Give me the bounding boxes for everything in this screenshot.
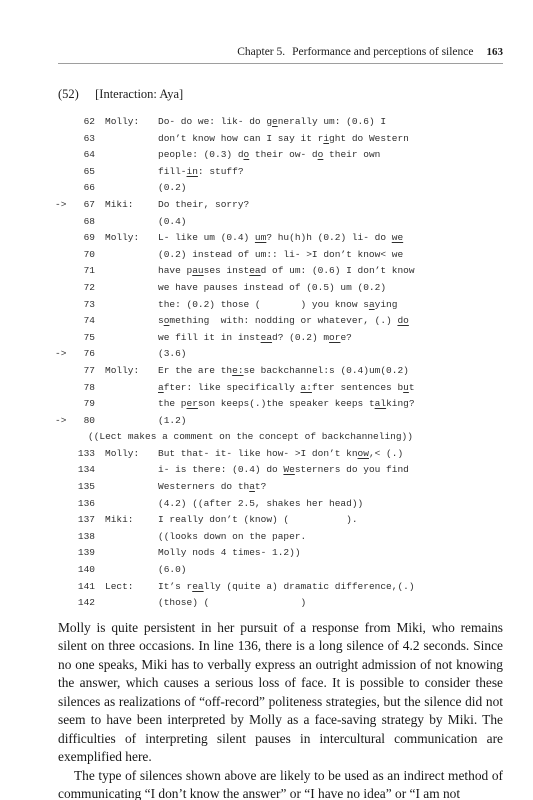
arrow-marker [55,263,72,280]
utterance-text: after: like specifically a:fter sentence… [158,380,503,397]
arrow-marker [55,595,72,612]
transcript-line: 77Molly:Er the are the:se backchannel:s … [55,363,503,380]
line-number: 75 [72,330,95,347]
speaker-label [105,479,158,496]
speaker-label [105,545,158,562]
line-number: 135 [72,479,95,496]
line-number: 64 [72,147,95,164]
utterance-text: the: (0.2) those ( ) you know saying [158,297,503,314]
line-number: 70 [72,247,95,264]
utterance-text: (those) ( ) [158,595,503,612]
arrow-marker: -> [55,413,72,430]
line-number: 72 [72,280,95,297]
speaker-label [105,380,158,397]
arrow-marker [55,147,72,164]
transcript-line: 69Molly:L- like um (0.4) um? hu(h)h (0.2… [55,230,503,247]
line-number: 79 [72,396,95,413]
arrow-marker [55,579,72,596]
arrow-marker [55,131,72,148]
line-number: 67 [72,197,95,214]
line-number: 139 [72,545,95,562]
speaker-label [105,263,158,280]
transcript: 62Molly:Do- do we: lik- do generally um:… [55,114,503,612]
nonverbal-comment: ((Lect makes a comment on the concept of… [88,429,413,446]
line-number: 141 [72,579,95,596]
line-number: 134 [72,462,95,479]
line-number: 77 [72,363,95,380]
transcript-line: 63don’t know how can I say it right do W… [55,131,503,148]
line-number: 66 [72,180,95,197]
utterance-text: I really don’t (know) ( ). [158,512,503,529]
transcript-line: 62Molly:Do- do we: lik- do generally um:… [55,114,503,131]
line-number: 138 [72,529,95,546]
speaker-label [105,595,158,612]
transcript-line: 71have pauses instead of um: (0.6) I don… [55,263,503,280]
header-divider [58,63,503,64]
transcript-line: 133Molly:But that- it- like how- >I don’… [55,446,503,463]
transcript-line: 139Molly nods 4 times- 1.2)) [55,545,503,562]
arrow-marker: -> [55,197,72,214]
utterance-text: Do their, sorry? [158,197,503,214]
line-number: 140 [72,562,95,579]
body-text: Molly is quite persistent in her pursuit… [58,619,503,800]
utterance-text: (1.2) [158,413,503,430]
arrow-marker [55,313,72,330]
transcript-line: 137Miki:I really don’t (know) ( ). [55,512,503,529]
arrow-marker [55,280,72,297]
transcript-line: 138((looks down on the paper. [55,529,503,546]
utterance-text: we fill it in instead? (0.2) more? [158,330,503,347]
arrow-marker [55,446,72,463]
utterance-text: ((looks down on the paper. [158,529,503,546]
speaker-label [105,346,158,363]
utterance-text: Do- do we: lik- do generally um: (0.6) I [158,114,503,131]
utterance-text: we have pauses instead of (0.5) um (0.2) [158,280,503,297]
arrow-marker [55,180,72,197]
utterance-text: Westerners do that? [158,479,503,496]
line-number: 62 [72,114,95,131]
speaker-label: Molly: [105,230,158,247]
speaker-label: Miki: [105,512,158,529]
utterance-text: (4.2) ((after 2.5, shakes her head)) [158,496,503,513]
speaker-label [105,396,158,413]
arrow-marker [55,164,72,181]
transcript-line: 70(0.2) instead of um:: li- >I don’t kno… [55,247,503,264]
line-number: 65 [72,164,95,181]
transcript-line: 136(4.2) ((after 2.5, shakes her head)) [55,496,503,513]
transcript-line: 65fill-in: stuff? [55,164,503,181]
speaker-label: Miki: [105,197,158,214]
arrow-marker [55,545,72,562]
speaker-label: Lect: [105,579,158,596]
arrow-marker [55,214,72,231]
line-number: 71 [72,263,95,280]
speaker-label [105,413,158,430]
arrow-marker [55,247,72,264]
arrow-marker [55,380,72,397]
line-number: 76 [72,346,95,363]
transcript-line: 64people: (0.3) do their ow- do their ow… [55,147,503,164]
transcript-line: 74something with: nodding or whatever, (… [55,313,503,330]
utterance-text: (0.2) [158,180,503,197]
transcript-line: ->80(1.2) [55,413,503,430]
arrow-marker [55,462,72,479]
transcript-line: 140(6.0) [55,562,503,579]
speaker-label [105,180,158,197]
arrow-marker [55,479,72,496]
arrow-marker [55,496,72,513]
utterance-text: (6.0) [158,562,503,579]
speaker-label: Molly: [105,446,158,463]
utterance-text: something with: nodding or whatever, (.)… [158,313,503,330]
transcript-line: 68(0.4) [55,214,503,231]
utterance-text: don’t know how can I say it right do Wes… [158,131,503,148]
speaker-label: Molly: [105,114,158,131]
line-number: 68 [72,214,95,231]
utterance-text: Molly nods 4 times- 1.2)) [158,545,503,562]
line-number: 69 [72,230,95,247]
transcript-line: ->76(3.6) [55,346,503,363]
running-head-title: Performance and perceptions of silence [292,46,473,58]
speaker-label [105,562,158,579]
utterance-text: (0.4) [158,214,503,231]
page-number: 163 [487,46,504,58]
transcript-line: 141Lect:It’s really (quite a) dramatic d… [55,579,503,596]
book-page: Chapter 5. Performance and perceptions o… [0,0,533,800]
line-number: 133 [72,446,95,463]
utterance-text: i- is there: (0.4) do Westerners do you … [158,462,503,479]
speaker-label [105,247,158,264]
utterance-text: It’s really (quite a) dramatic differenc… [158,579,503,596]
body-paragraph-1: Molly is quite persistent in her pursuit… [58,619,503,767]
transcript-comment-line: ((Lect makes a comment on the concept of… [55,429,503,446]
speaker-label [105,529,158,546]
speaker-label [105,131,158,148]
utterance-text: have pauses instead of um: (0.6) I don’t… [158,263,503,280]
arrow-marker [55,114,72,131]
transcript-line: 66(0.2) [55,180,503,197]
arrow-marker [55,363,72,380]
arrow-marker [55,330,72,347]
arrow-marker [55,396,72,413]
speaker-label [105,462,158,479]
speaker-label [105,330,158,347]
arrow-marker [55,297,72,314]
line-number: 63 [72,131,95,148]
speaker-label [105,280,158,297]
utterance-text: people: (0.3) do their ow- do their own [158,147,503,164]
utterance-text: fill-in: stuff? [158,164,503,181]
line-number: 78 [72,380,95,397]
line-number: 73 [72,297,95,314]
transcript-line: 75we fill it in instead? (0.2) more? [55,330,503,347]
example-label: (52) [Interaction: Aya] [58,87,503,102]
example-number: (52) [58,87,92,102]
speaker-label [105,147,158,164]
speaker-label [105,496,158,513]
line-number: 80 [72,413,95,430]
arrow-marker [55,562,72,579]
transcript-line: ->67Miki:Do their, sorry? [55,197,503,214]
speaker-label [105,297,158,314]
arrow-marker [55,512,72,529]
transcript-line: 72we have pauses instead of (0.5) um (0.… [55,280,503,297]
utterance-text: the person keeps(.)the speaker keeps tal… [158,396,503,413]
transcript-line: 79the person keeps(.)the speaker keeps t… [55,396,503,413]
speaker-label: Molly: [105,363,158,380]
line-number: 142 [72,595,95,612]
example-title: [Interaction: Aya] [95,87,183,101]
utterance-text: (0.2) instead of um:: li- >I don’t know<… [158,247,503,264]
speaker-label [105,164,158,181]
body-paragraph-2: The type of silences shown above are lik… [58,767,503,800]
arrow-marker [55,529,72,546]
running-head-chapter: Chapter 5. [237,46,285,58]
speaker-label [105,313,158,330]
arrow-marker: -> [55,346,72,363]
utterance-text: (3.6) [158,346,503,363]
transcript-line: 135Westerners do that? [55,479,503,496]
arrow-marker [55,230,72,247]
utterance-text: L- like um (0.4) um? hu(h)h (0.2) li- do… [158,230,503,247]
utterance-text: Er the are the:se backchannel:s (0.4)um(… [158,363,503,380]
transcript-line: 73the: (0.2) those ( ) you know saying [55,297,503,314]
transcript-line: 134i- is there: (0.4) do Westerners do y… [55,462,503,479]
line-number: 136 [72,496,95,513]
speaker-label [105,214,158,231]
line-number: 137 [72,512,95,529]
transcript-line: 78after: like specifically a:fter senten… [55,380,503,397]
line-number: 74 [72,313,95,330]
utterance-text: But that- it- like how- >I don’t know,< … [158,446,503,463]
page-header: Chapter 5. Performance and perceptions o… [58,46,503,58]
transcript-line: 142(those) ( ) [55,595,503,612]
